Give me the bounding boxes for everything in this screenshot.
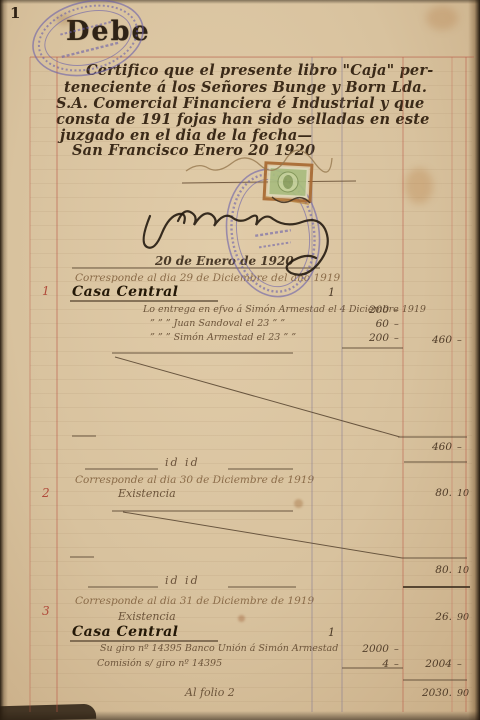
ledger-page: 1 Debe Certifico que el presente libro "… (0, 0, 480, 720)
signature-layer (0, 0, 480, 720)
registration-annotation-script (186, 150, 332, 172)
signature-script (178, 211, 328, 275)
stamp-cancel-mark (272, 197, 310, 203)
